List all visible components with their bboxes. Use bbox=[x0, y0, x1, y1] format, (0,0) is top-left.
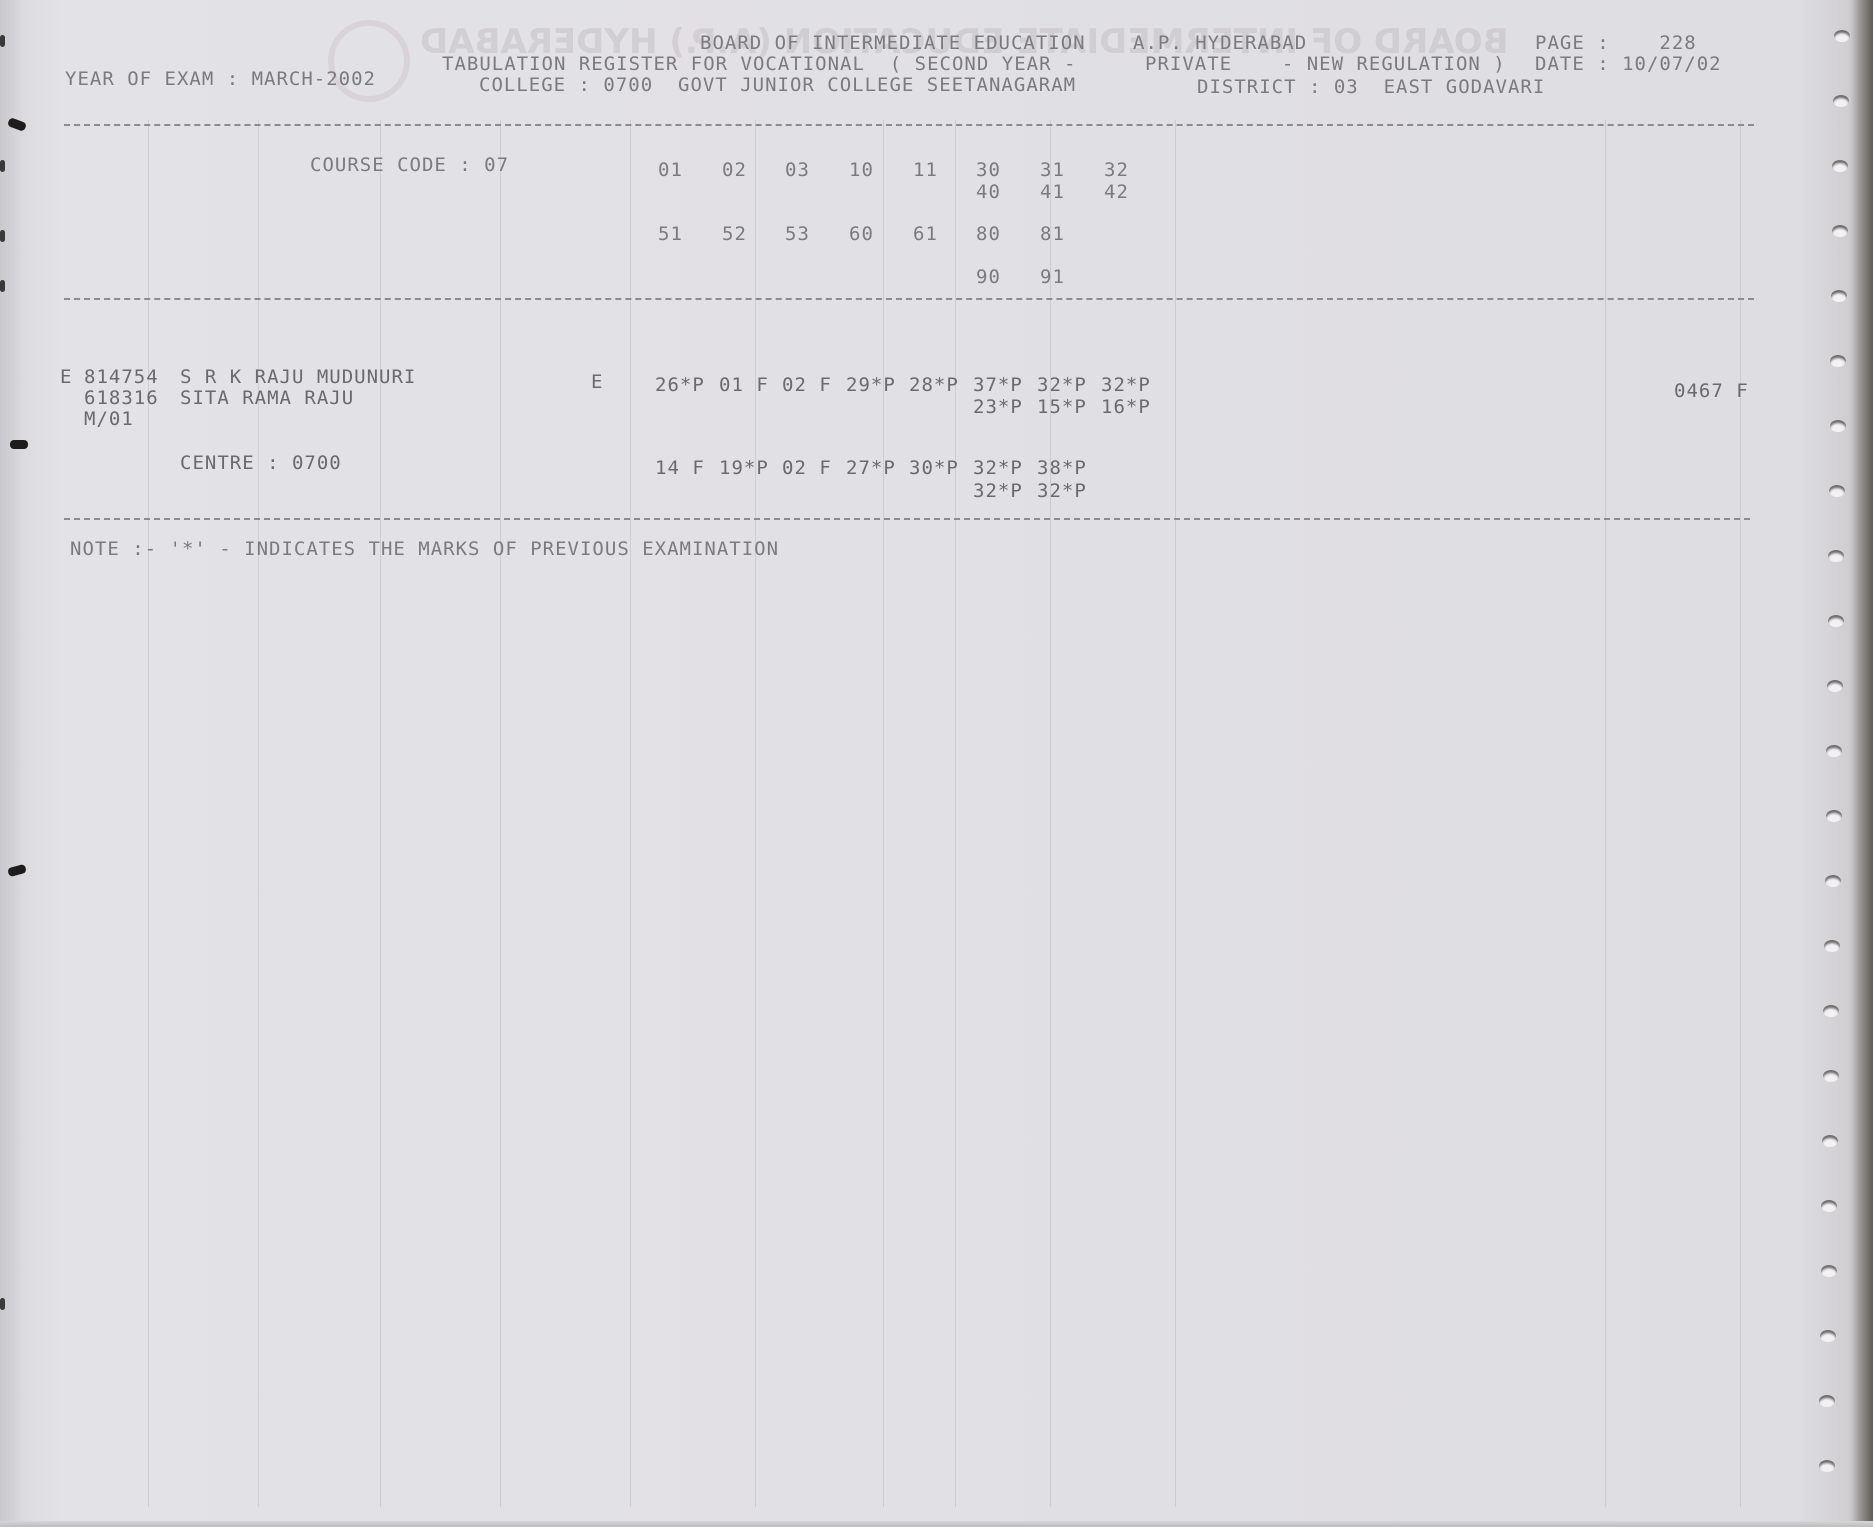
tractor-hole bbox=[1825, 875, 1841, 887]
subject-code: 11 bbox=[913, 159, 938, 181]
tractor-hole bbox=[1834, 30, 1850, 42]
tractor-hole bbox=[1819, 1460, 1835, 1472]
register-title: TABULATION REGISTER FOR VOCATIONAL ( SEC… bbox=[442, 53, 1076, 75]
subject-mark: 37*P bbox=[973, 374, 1023, 396]
paper-edge-mark bbox=[0, 160, 5, 172]
tractor-hole bbox=[1830, 355, 1846, 367]
subject-mark: 02 F bbox=[782, 457, 832, 479]
subject-code: 51 bbox=[658, 223, 683, 245]
gender-code: M/01 bbox=[84, 408, 134, 430]
form-column-line bbox=[883, 120, 884, 1507]
tractor-hole bbox=[1832, 225, 1848, 237]
tractor-hole bbox=[1821, 1200, 1837, 1212]
tractor-hole bbox=[1821, 1265, 1837, 1277]
subject-mark: 27*P bbox=[846, 457, 896, 479]
subject-mark: 38*P bbox=[1037, 457, 1087, 479]
form-column-line bbox=[148, 120, 149, 1507]
form-column-line bbox=[1175, 120, 1176, 1507]
tractor-hole bbox=[1820, 1330, 1836, 1342]
subject-code: 53 bbox=[785, 223, 810, 245]
board-location: A.P. HYDERABAD bbox=[1133, 32, 1307, 54]
subject-code: 30 bbox=[976, 159, 1001, 181]
subject-mark: 32*P bbox=[973, 480, 1023, 502]
tractor-hole bbox=[1822, 1135, 1838, 1147]
form-column-line bbox=[500, 120, 501, 1507]
subject-mark: 14 F bbox=[655, 457, 705, 479]
subject-mark: 02 F bbox=[782, 374, 832, 396]
tractor-hole bbox=[1828, 615, 1844, 627]
hall-ticket-number: 814754 bbox=[84, 366, 159, 388]
form-column-line bbox=[380, 120, 381, 1507]
candidate-name: S R K RAJU MUDUNURI bbox=[180, 366, 416, 388]
tabulation-register-sheet: BOARD OF INTERMEDIATE EDUCATION (A.P.) H… bbox=[0, 0, 1873, 1527]
footnote: NOTE :- '*' - INDICATES THE MARKS OF PRE… bbox=[70, 538, 779, 560]
total-result: 0467 F bbox=[1674, 380, 1749, 402]
tractor-hole bbox=[1830, 420, 1846, 432]
course-code: COURSE CODE : 07 bbox=[310, 154, 509, 176]
subject-mark: 23*P bbox=[973, 396, 1023, 418]
tractor-hole bbox=[1829, 485, 1845, 497]
subject-mark: 01 F bbox=[719, 374, 769, 396]
binder-clip-mark bbox=[7, 117, 27, 132]
course-divider bbox=[64, 298, 1754, 300]
college-info: COLLEGE : 0700 GOVT JUNIOR COLLEGE SEETA… bbox=[479, 74, 1076, 96]
subject-code: 52 bbox=[722, 223, 747, 245]
tractor-hole bbox=[1827, 680, 1843, 692]
tractor-hole bbox=[1826, 745, 1842, 757]
paper-edge-mark bbox=[0, 1298, 5, 1310]
subject-code: 80 bbox=[976, 223, 1001, 245]
subject-code: 01 bbox=[658, 159, 683, 181]
subject-mark: 16*P bbox=[1101, 396, 1151, 418]
subject-code: 40 bbox=[976, 181, 1001, 203]
form-column-line bbox=[1050, 120, 1051, 1507]
form-column-line bbox=[755, 120, 756, 1507]
father-name: SITA RAMA RAJU bbox=[180, 387, 354, 409]
subject-code: 91 bbox=[1040, 266, 1065, 288]
subject-mark: 15*P bbox=[1037, 396, 1087, 418]
subject-code: 10 bbox=[849, 159, 874, 181]
tractor-hole bbox=[1823, 1005, 1839, 1017]
year-of-exam: YEAR OF EXAM : MARCH-2002 bbox=[65, 68, 376, 90]
subject-code: 31 bbox=[1040, 159, 1065, 181]
form-column-line bbox=[258, 120, 259, 1507]
subject-code: 03 bbox=[785, 159, 810, 181]
paper-edge-mark bbox=[0, 230, 5, 242]
subject-mark: 32*P bbox=[1037, 374, 1087, 396]
print-date: DATE : 10/07/02 bbox=[1535, 53, 1722, 75]
tractor-hole bbox=[1833, 95, 1849, 107]
district-info: DISTRICT : 03 EAST GODAVARI bbox=[1197, 76, 1545, 98]
subject-mark: 32*P bbox=[1037, 480, 1087, 502]
subject-code: 90 bbox=[976, 266, 1001, 288]
tractor-hole bbox=[1826, 810, 1842, 822]
page-number: PAGE : 228 bbox=[1535, 32, 1697, 54]
binder-clip-mark bbox=[7, 864, 27, 877]
medium-code: E bbox=[591, 371, 603, 393]
paper-edge-mark bbox=[0, 280, 5, 292]
paper-bottom-edge bbox=[0, 1521, 1873, 1527]
candidate-category: PRIVATE - NEW REGULATION ) bbox=[1145, 53, 1506, 75]
binder-clip-mark bbox=[10, 440, 28, 449]
form-column-line bbox=[1740, 120, 1741, 1507]
tractor-hole bbox=[1831, 290, 1847, 302]
subject-mark: 29*P bbox=[846, 374, 896, 396]
tractor-hole bbox=[1828, 550, 1844, 562]
form-column-line bbox=[630, 120, 631, 1507]
tractor-hole bbox=[1819, 1395, 1835, 1407]
subject-code: 41 bbox=[1040, 181, 1065, 203]
paper-edge-mark bbox=[0, 35, 5, 47]
subject-mark: 30*P bbox=[909, 457, 959, 479]
subject-code: 81 bbox=[1040, 223, 1065, 245]
record-prefix: E bbox=[60, 366, 72, 388]
subject-mark: 32*P bbox=[973, 457, 1023, 479]
subject-code: 60 bbox=[849, 223, 874, 245]
subject-code: 02 bbox=[722, 159, 747, 181]
subject-mark: 19*P bbox=[719, 457, 769, 479]
subject-mark: 26*P bbox=[655, 374, 705, 396]
subject-code: 32 bbox=[1104, 159, 1129, 181]
tractor-hole bbox=[1832, 160, 1848, 172]
subject-mark: 32*P bbox=[1101, 374, 1151, 396]
centre-code: CENTRE : 0700 bbox=[180, 452, 342, 474]
header-divider bbox=[64, 124, 1754, 126]
tractor-hole bbox=[1823, 1070, 1839, 1082]
board-name: BOARD OF INTERMEDIATE EDUCATION bbox=[700, 32, 1086, 54]
tractor-hole bbox=[1824, 940, 1840, 952]
form-column-line bbox=[955, 120, 956, 1507]
subject-mark: 28*P bbox=[909, 374, 959, 396]
father-id: 618316 bbox=[84, 387, 159, 409]
subject-code: 61 bbox=[913, 223, 938, 245]
subject-code: 42 bbox=[1104, 181, 1129, 203]
record-divider bbox=[64, 518, 1750, 520]
form-column-line bbox=[1605, 120, 1606, 1507]
